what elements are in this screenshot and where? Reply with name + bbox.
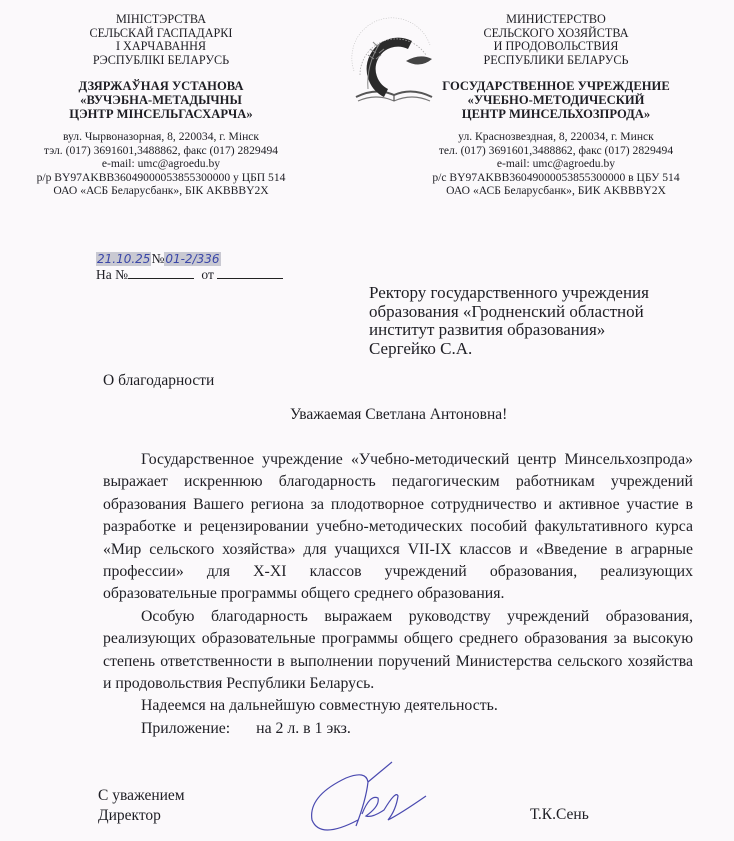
bank-account: р/с BY97AKBB36049000053855300000 в ЦБУ 5…	[412, 171, 700, 184]
letter-subject: О благодарности	[103, 372, 214, 390]
reply-date-blank	[217, 267, 283, 279]
ministry-name-by: МІНІСТЭРСТВА СЕЛЬСКАЙ ГАСПАДАРКІ І ХАРЧА…	[28, 13, 294, 67]
reply-label: На №	[96, 267, 128, 282]
organization-name-by: ДЗЯРЖАЎНАЯ УСТАНОВА «ВУЧЭБНА-МЕТАДЫЧНЫ Ц…	[28, 79, 294, 121]
bank-account: р/р BY97AKBB36049000053855300000 у ЦБП 5…	[28, 171, 294, 184]
reply-to-line: На № от	[96, 267, 283, 282]
registration-block: 21.10.25№01-2/336 На № от	[96, 251, 283, 282]
recipient-block: Ректору государственного учреждения обра…	[369, 284, 649, 358]
ministry-name-ru: МИНИСТЕРСТВО СЕЛЬСКОГО ХОЗЯЙСТВА И ПРОДО…	[412, 13, 700, 67]
phone: тэл. (017) 3691601,3488862, факс (017) 2…	[28, 144, 294, 157]
outgoing-number-line: 21.10.25№01-2/336	[96, 251, 283, 267]
from-label: от	[201, 267, 213, 282]
address: ул. Краснозвездная, 8, 220034, г. Минск	[412, 130, 700, 143]
body-paragraph: Государственное учреждение «Учебно-метод…	[103, 449, 693, 606]
signer-position: Директор	[98, 806, 185, 826]
signature-block: С уважением Директор	[98, 786, 185, 826]
header-russian: МИНИСТЕРСТВО СЕЛЬСКОГО ХОЗЯЙСТВА И ПРОДО…	[412, 13, 700, 197]
contacts-by: вул. Чырвоназорная, 8, 220034, г. Мінск …	[28, 130, 294, 197]
phone: тел. (017) 3691601,3488862, факс (017) 2…	[412, 144, 700, 157]
salutation: Уважаемая Светлана Антоновна!	[290, 406, 507, 424]
attachment-line: Приложение: на 2 л. в 1 экз.	[103, 718, 693, 740]
organization-name-ru: ГОСУДАРСТВЕННОЕ УЧРЕЖДЕНИЕ «УЧЕБНО-МЕТОД…	[412, 79, 700, 121]
number-sign: №	[151, 251, 164, 266]
email: e-mail: umc@agroedu.by	[28, 157, 294, 170]
header-belarusian: МІНІСТЭРСТВА СЕЛЬСКАЙ ГАСПАДАРКІ І ХАРЧА…	[28, 13, 294, 197]
recipient-name: Сергейко С.А.	[369, 340, 649, 359]
email: e-mail: umc@agroedu.by	[412, 157, 700, 170]
address: вул. Чырвоназорная, 8, 220034, г. Мінск	[28, 130, 294, 143]
registration-number: 01-2/336	[164, 252, 220, 266]
body-paragraph: Особую благодарность выражаем руководств…	[103, 606, 693, 696]
handwritten-signature-icon	[300, 760, 450, 841]
attachment-value: на 2 л. в 1 экз.	[256, 720, 351, 737]
closing: С уважением	[98, 786, 185, 806]
attachment-label: Приложение:	[141, 720, 230, 737]
bank-name: ОАО «АСБ Беларусбанк», БИК AKBBBY2X	[412, 184, 700, 197]
reply-number-blank	[128, 267, 194, 279]
bank-name: ОАО «АСБ Беларусбанк», БІК AKBBBY2X	[28, 184, 294, 197]
body-paragraph: Надеемся на дальнейшую совместную деятел…	[103, 695, 693, 717]
registration-date: 21.10.25	[96, 252, 151, 266]
letter-body: Государственное учреждение «Учебно-метод…	[103, 449, 693, 740]
signer-name: Т.К.Сень	[530, 806, 589, 824]
contacts-ru: ул. Краснозвездная, 8, 220034, г. Минск …	[412, 130, 700, 197]
